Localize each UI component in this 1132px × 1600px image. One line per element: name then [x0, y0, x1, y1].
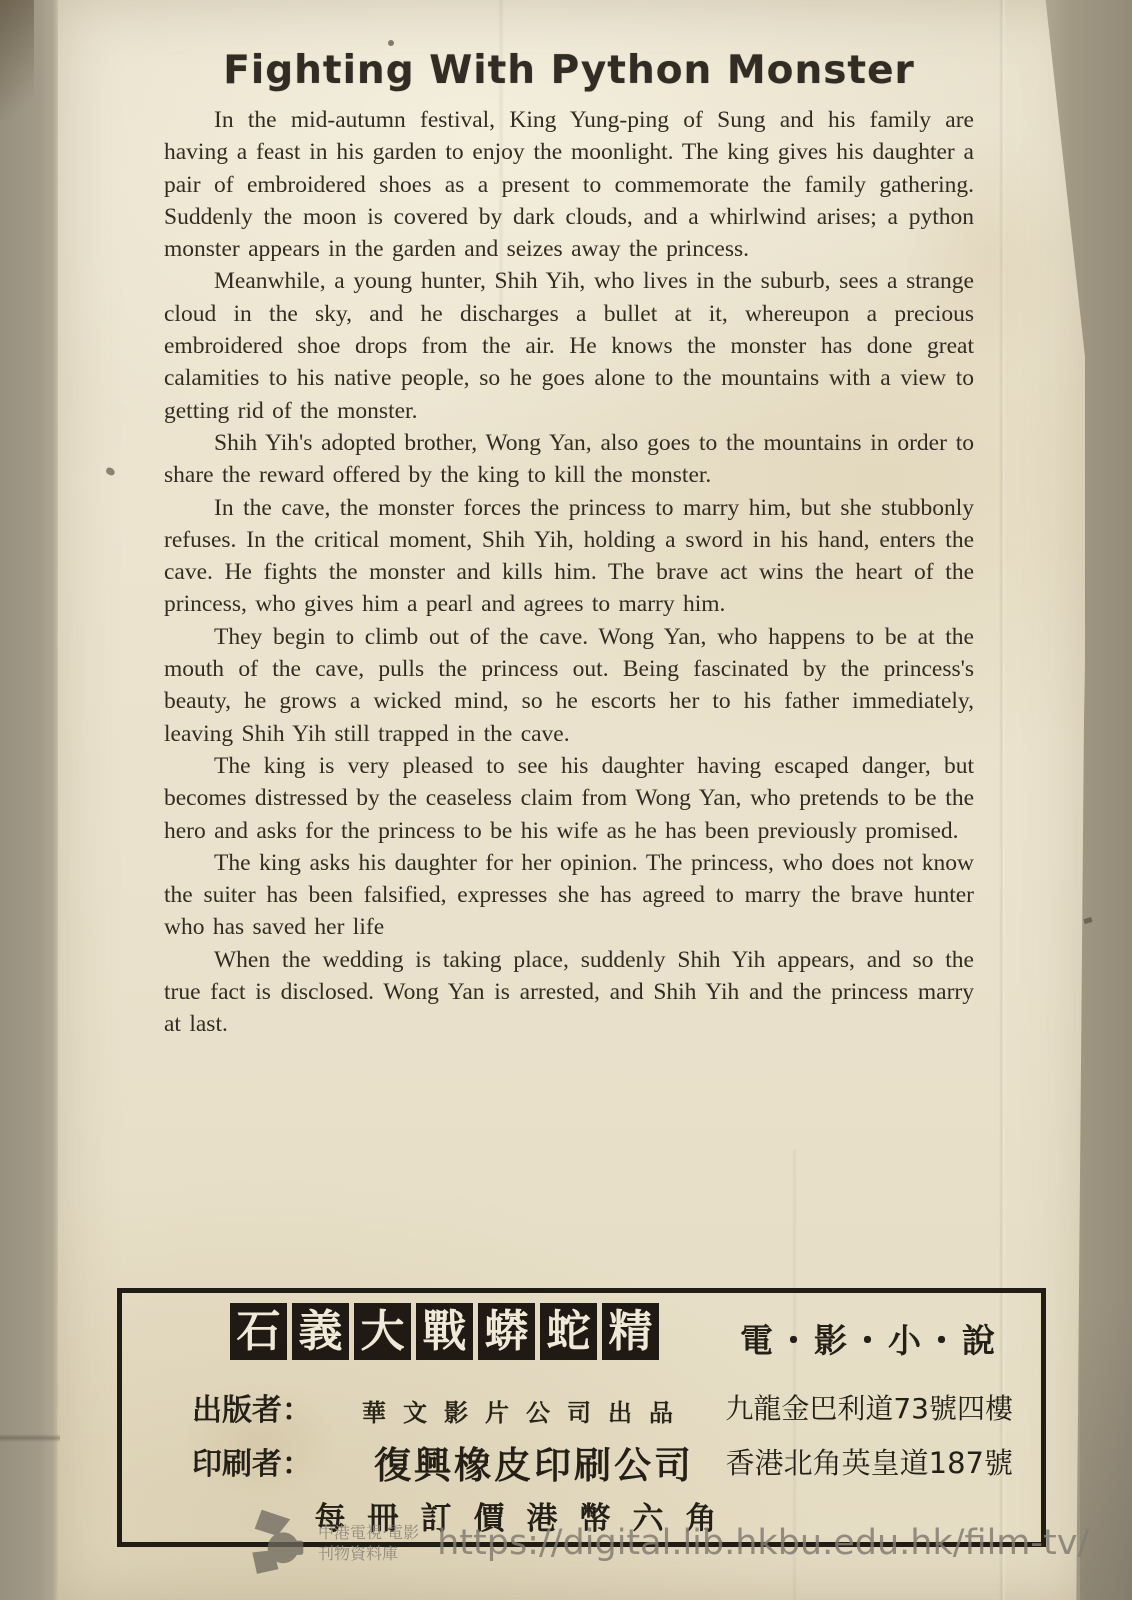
synopsis-paragraph: They begin to climb out of the cave. Won… [164, 621, 974, 750]
publisher-address: 九龍金巴利道73號四樓 [725, 1387, 1013, 1427]
horizontal-crease [0, 1434, 60, 1442]
film-title-character-block: 蛇 [540, 1303, 597, 1360]
ink-speck [388, 40, 394, 46]
watermark-org-line2: 刊物資料庫 [318, 1543, 419, 1564]
printer-address: 香港北角英皇道187號 [726, 1441, 1013, 1482]
film-title-character-block: 戰 [416, 1303, 473, 1360]
publisher-name: 華文影片公司出品 [362, 1393, 690, 1428]
scanned-page: Fighting With Python Monster In the mid-… [0, 0, 1132, 1600]
publisher-label: 出版者： [192, 1385, 312, 1429]
film-title-character-block: 義 [292, 1303, 349, 1360]
watermark-org-line1: 中港電視‧電影 [318, 1522, 419, 1543]
watermark-url: https://digital.lib.hkbu.edu.hk/film-tv/ [437, 1523, 1089, 1563]
watermark-organization: 中港電視‧電影 刊物資料庫 [318, 1522, 419, 1564]
film-title-character-block: 大 [354, 1303, 411, 1360]
synopsis-paragraph: When the wedding is taking place, sudden… [164, 944, 974, 1041]
film-title-character-block: 精 [602, 1303, 659, 1360]
synopsis-paragraph: The king is very pleased to see his daug… [164, 750, 974, 847]
film-title-character-block: 蟒 [478, 1303, 535, 1360]
studio-light-icon [238, 1505, 314, 1581]
synopsis-paragraph: Shih Yih's adopted brother, Wong Yan, al… [164, 427, 974, 492]
film-title-character-block: 石 [230, 1303, 287, 1360]
category-label: 電・影・小・說 [740, 1315, 999, 1362]
left-cover-edge [0, 0, 58, 1600]
synopsis-text: In the mid-autumn festival, King Yung-pi… [164, 104, 974, 1041]
synopsis-paragraph: In the mid-autumn festival, King Yung-pi… [164, 104, 974, 265]
film-title-blocks: 石 義 大 戰 蟒 蛇 精 [230, 1303, 659, 1360]
synopsis-paragraph: In the cave, the monster forces the prin… [164, 492, 974, 621]
synopsis-paragraph: Meanwhile, a young hunter, Shih Yih, who… [164, 265, 974, 426]
page-title: Fighting With Python Monster [165, 48, 973, 93]
synopsis-paragraph: The king asks his daughter for her opini… [164, 847, 974, 944]
printer-name: 復興橡皮印刷公司 [374, 1435, 694, 1489]
library-watermark: 中港電視‧電影 刊物資料庫 https://digital.lib.hkbu.e… [238, 1505, 1089, 1581]
printer-label: 印刷者： [192, 1439, 312, 1483]
top-left-corner-shadow [0, 0, 34, 120]
